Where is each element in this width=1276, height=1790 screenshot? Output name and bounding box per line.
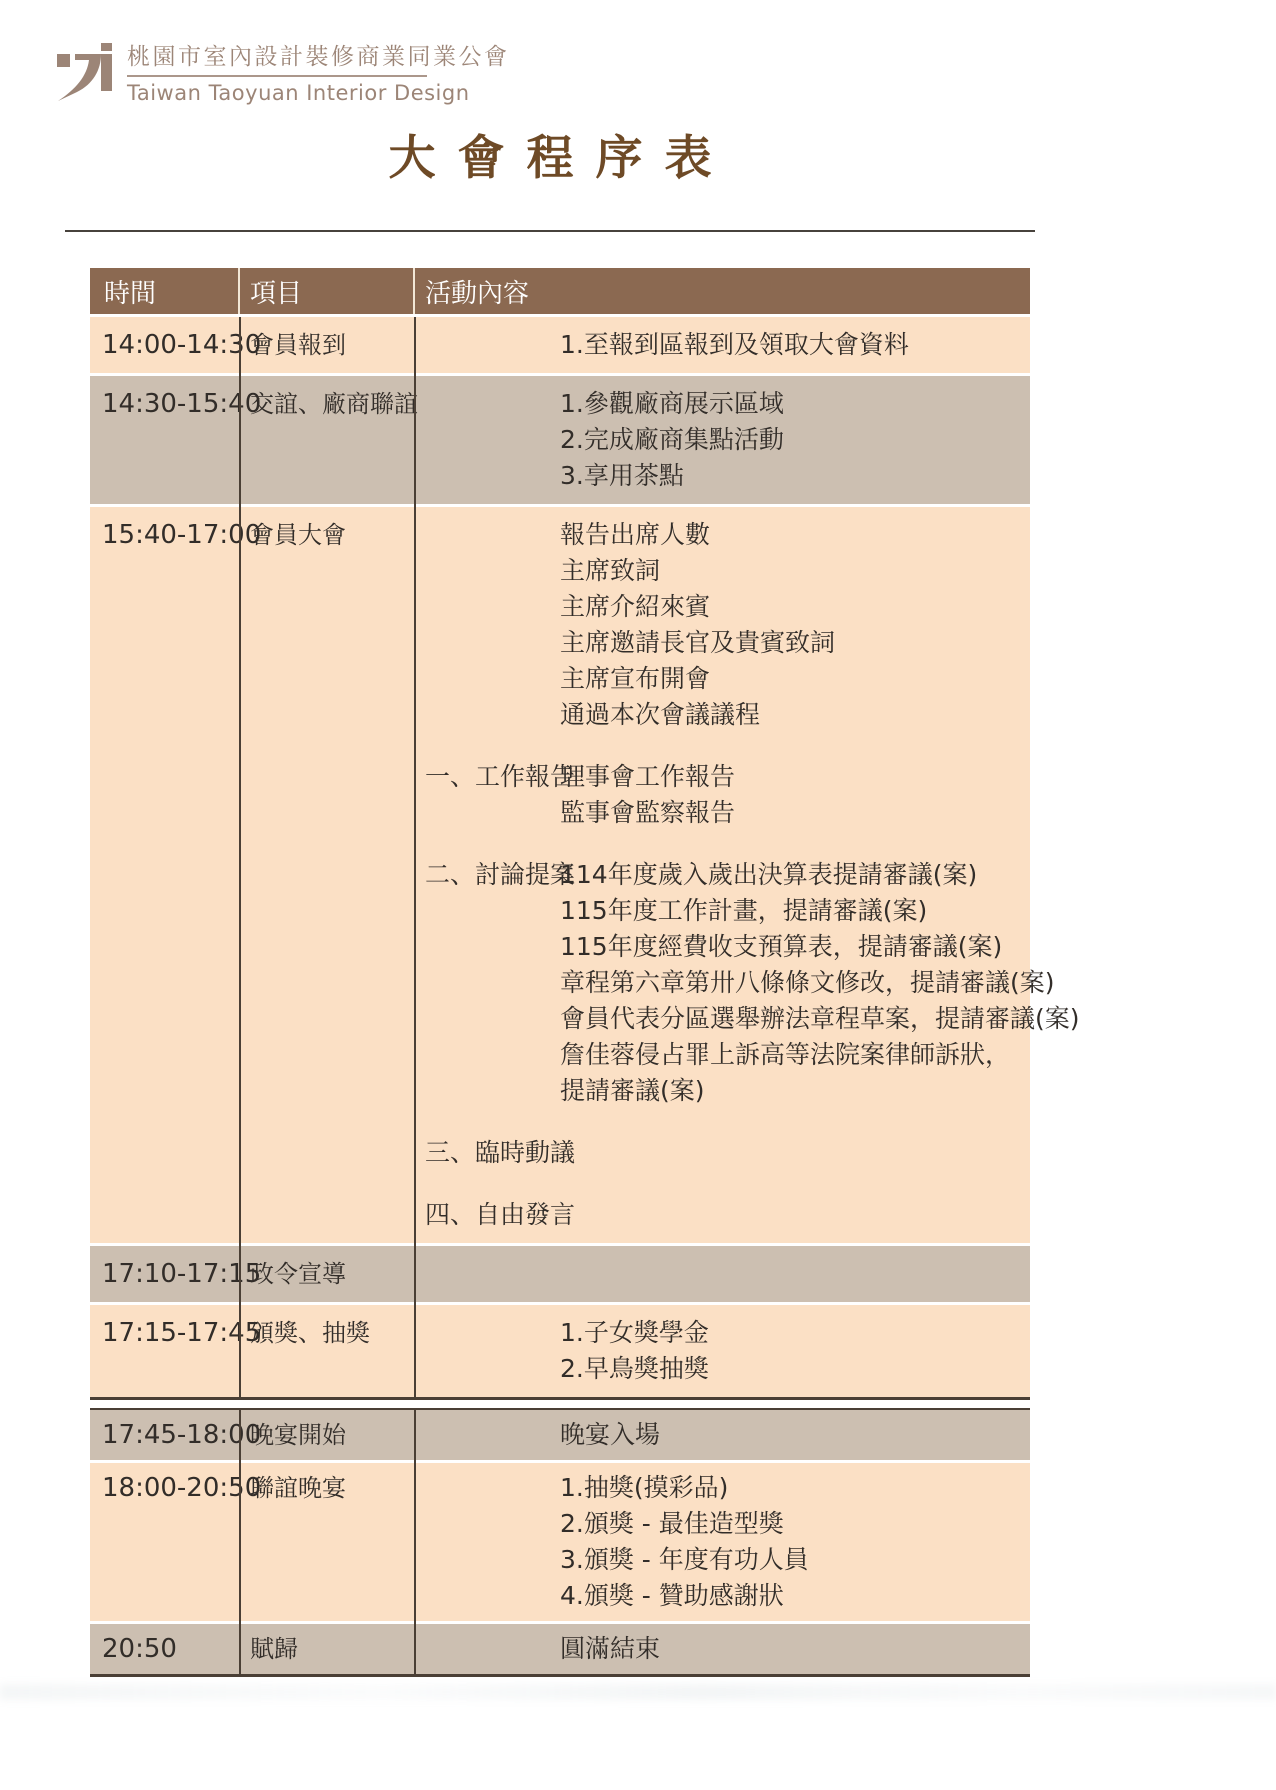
- content-block: 1.子女獎學金2.早鳥獎抽獎: [415, 1315, 1030, 1387]
- block-lines: 1.子女獎學金2.早鳥獎抽獎: [560, 1315, 1030, 1387]
- block-lines: 理事會工作報告監事會監察報告: [560, 759, 1030, 831]
- col-header-time: 時間: [90, 268, 240, 314]
- content-line: 2.完成廠商集點活動: [560, 422, 1030, 458]
- content-line: 114年度歲入歲出決算表提請審議(案): [560, 857, 1030, 893]
- content-cell: 1.至報到區報到及領取大會資料: [415, 317, 1030, 373]
- column-divider: [239, 317, 241, 1397]
- content-line: 2.早鳥獎抽獎: [560, 1351, 1030, 1387]
- program-document-page: 桃園市室內設計裝修商業同業公會 Taiwan Taoyuan Interior …: [0, 0, 1276, 1790]
- content-block: 二、討論提案114年度歲入歲出決算表提請審議(案)115年度工作計畫，提請審議(…: [415, 857, 1030, 1109]
- org-name-zh: 桃園市室內設計裝修商業同業公會: [127, 42, 510, 72]
- block-lines: 晚宴入場: [560, 1417, 1030, 1453]
- content-line: 通過本次會議議程: [560, 697, 1030, 733]
- item-cell: 會員大會: [240, 507, 415, 1243]
- logo-divider: [127, 75, 427, 77]
- content-line: 3.頒獎 - 年度有功人員: [560, 1542, 1030, 1578]
- association-logo: 桃園市室內設計裝修商業同業公會 Taiwan Taoyuan Interior …: [55, 42, 510, 107]
- content-line: 2.頒獎 - 最佳造型獎: [560, 1506, 1030, 1542]
- content-line: 3.享用茶點: [560, 458, 1030, 494]
- content-block: 一、工作報告理事會工作報告監事會監察報告: [415, 759, 1030, 831]
- col-header-item: 項目: [240, 268, 415, 314]
- content-block: 1.至報到區報到及領取大會資料: [415, 327, 1030, 363]
- table-body-main: 14:00-14:30會員報到1.至報到區報到及領取大會資料14:30-15:4…: [90, 317, 1030, 1400]
- time-cell: 14:00-14:30: [90, 317, 240, 373]
- content-block: 四、自由發言: [415, 1197, 1030, 1233]
- time-cell: 15:40-17:00: [90, 507, 240, 1243]
- block-lines: 1.抽獎(摸彩品)2.頒獎 - 最佳造型獎3.頒獎 - 年度有功人員4.頒獎 -…: [560, 1470, 1030, 1614]
- content-block: 1.參觀廠商展示區域2.完成廠商集點活動3.享用茶點: [415, 386, 1030, 494]
- table-body-evening: 17:45-18:00晚宴開始晚宴入場18:00-20:50聯誼晚宴1.抽獎(摸…: [90, 1408, 1030, 1677]
- content-line: 會員代表分區選舉辦法章程草案，提請審議(案): [560, 1001, 1030, 1037]
- content-line: 報告出席人數: [560, 517, 1030, 553]
- time-cell: 17:10-17:15: [90, 1246, 240, 1302]
- title-underline: [65, 230, 1035, 232]
- program-table-main: 時間 項目 活動內容 14:00-14:30會員報到1.至報到區報到及領取大會資…: [90, 268, 1030, 1400]
- content-line: 1.子女獎學金: [560, 1315, 1030, 1351]
- time-cell: 20:50: [90, 1624, 240, 1674]
- schedule-row: 14:00-14:30會員報到1.至報到區報到及領取大會資料: [90, 317, 1030, 373]
- content-line: 1.參觀廠商展示區域: [560, 386, 1030, 422]
- content-cell: 圓滿結束: [415, 1624, 1030, 1674]
- content-line: 主席介紹來賓: [560, 589, 1030, 625]
- column-divider: [239, 1410, 241, 1674]
- content-line: 4.頒獎 - 贊助感謝狀: [560, 1578, 1030, 1614]
- item-cell: 賦歸: [240, 1624, 415, 1674]
- content-cell: 1.子女獎學金2.早鳥獎抽獎: [415, 1305, 1030, 1397]
- block-lines: 1.至報到區報到及領取大會資料: [560, 327, 1030, 363]
- item-cell: 交誼、廠商聯誼: [240, 376, 415, 504]
- program-table-evening: 17:45-18:00晚宴開始晚宴入場18:00-20:50聯誼晚宴1.抽獎(摸…: [90, 1408, 1030, 1677]
- block-lines: 1.參觀廠商展示區域2.完成廠商集點活動3.享用茶點: [560, 386, 1030, 494]
- block-label: 三、臨時動議: [415, 1135, 560, 1171]
- time-cell: 14:30-15:40: [90, 376, 240, 504]
- content-block: 晚宴入場: [415, 1417, 1030, 1453]
- schedule-row: 18:00-20:50聯誼晚宴1.抽獎(摸彩品)2.頒獎 - 最佳造型獎3.頒獎…: [90, 1463, 1030, 1621]
- content-block: 報告出席人數主席致詞主席介紹來賓主席邀請長官及貴賓致詞主席宣布開會通過本次會議議…: [415, 517, 1030, 733]
- schedule-row: 17:10-17:15政令宣導: [90, 1246, 1030, 1302]
- content-line: 主席致詞: [560, 553, 1030, 589]
- content-block: 圓滿結束: [415, 1631, 1030, 1667]
- content-line: 1.抽獎(摸彩品): [560, 1470, 1030, 1506]
- schedule-row: 15:40-17:00會員大會報告出席人數主席致詞主席介紹來賓主席邀請長官及貴賓…: [90, 507, 1030, 1243]
- content-line: 圓滿結束: [560, 1631, 1030, 1667]
- content-cell: 報告出席人數主席致詞主席介紹來賓主席邀請長官及貴賓致詞主席宣布開會通過本次會議議…: [415, 507, 1030, 1243]
- content-line: 詹佳蓉侵占罪上訴高等法院案律師訴狀，: [560, 1037, 1030, 1073]
- item-cell: 晚宴開始: [240, 1410, 415, 1460]
- block-lines: 114年度歲入歲出決算表提請審議(案)115年度工作計畫，提請審議(案)115年…: [560, 857, 1030, 1109]
- block-label: 二、討論提案: [415, 857, 560, 893]
- logo-icon: [55, 42, 113, 104]
- content-cell: [415, 1246, 1030, 1302]
- content-cell: 1.參觀廠商展示區域2.完成廠商集點活動3.享用茶點: [415, 376, 1030, 504]
- schedule-row: 17:15-17:45頒獎、抽獎1.子女獎學金2.早鳥獎抽獎: [90, 1305, 1030, 1397]
- content-line: 晚宴入場: [560, 1417, 1030, 1453]
- content-block: 1.抽獎(摸彩品)2.頒獎 - 最佳造型獎3.頒獎 - 年度有功人員4.頒獎 -…: [415, 1470, 1030, 1614]
- org-name-en: Taiwan Taoyuan Interior Design: [127, 79, 510, 107]
- col-header-activity: 活動內容: [415, 268, 1030, 314]
- block-label: 一、工作報告: [415, 759, 560, 795]
- block-lines: 圓滿結束: [560, 1631, 1030, 1667]
- column-divider: [414, 317, 416, 1397]
- time-cell: 17:45-18:00: [90, 1410, 240, 1460]
- footer-watermark: [0, 1684, 1276, 1700]
- content-line: 115年度工作計畫，提請審議(案): [560, 893, 1030, 929]
- item-cell: 政令宣導: [240, 1246, 415, 1302]
- item-cell: 頒獎、抽獎: [240, 1305, 415, 1397]
- content-block: 三、臨時動議: [415, 1135, 1030, 1171]
- content-cell: 1.抽獎(摸彩品)2.頒獎 - 最佳造型獎3.頒獎 - 年度有功人員4.頒獎 -…: [415, 1463, 1030, 1621]
- content-line: 提請審議(案): [560, 1073, 1030, 1109]
- schedule-row: 14:30-15:40交誼、廠商聯誼1.參觀廠商展示區域2.完成廠商集點活動3.…: [90, 376, 1030, 504]
- time-cell: 17:15-17:45: [90, 1305, 240, 1397]
- schedule-row: 17:45-18:00晚宴開始晚宴入場: [90, 1410, 1030, 1460]
- content-cell: 晚宴入場: [415, 1410, 1030, 1460]
- column-divider: [414, 1410, 416, 1674]
- time-cell: 18:00-20:50: [90, 1463, 240, 1621]
- item-cell: 會員報到: [240, 317, 415, 373]
- block-lines: 報告出席人數主席致詞主席介紹來賓主席邀請長官及貴賓致詞主席宣布開會通過本次會議議…: [560, 517, 1030, 733]
- page-title: 大會程序表: [65, 124, 1035, 194]
- content-line: 章程第六章第卅八條條文修改，提請審議(案): [560, 965, 1030, 1001]
- block-label: 四、自由發言: [415, 1197, 560, 1233]
- content-line: 理事會工作報告: [560, 759, 1030, 795]
- content-line: 主席宣布開會: [560, 661, 1030, 697]
- content-line: 監事會監察報告: [560, 795, 1030, 831]
- content-line: 主席邀請長官及貴賓致詞: [560, 625, 1030, 661]
- logo-text: 桃園市室內設計裝修商業同業公會 Taiwan Taoyuan Interior …: [127, 42, 510, 107]
- content-line: 1.至報到區報到及領取大會資料: [560, 327, 1030, 363]
- item-cell: 聯誼晚宴: [240, 1463, 415, 1621]
- content-line: 115年度經費收支預算表，提請審議(案): [560, 929, 1030, 965]
- table-header-row: 時間 項目 活動內容: [90, 268, 1030, 314]
- schedule-row: 20:50賦歸圓滿結束: [90, 1624, 1030, 1674]
